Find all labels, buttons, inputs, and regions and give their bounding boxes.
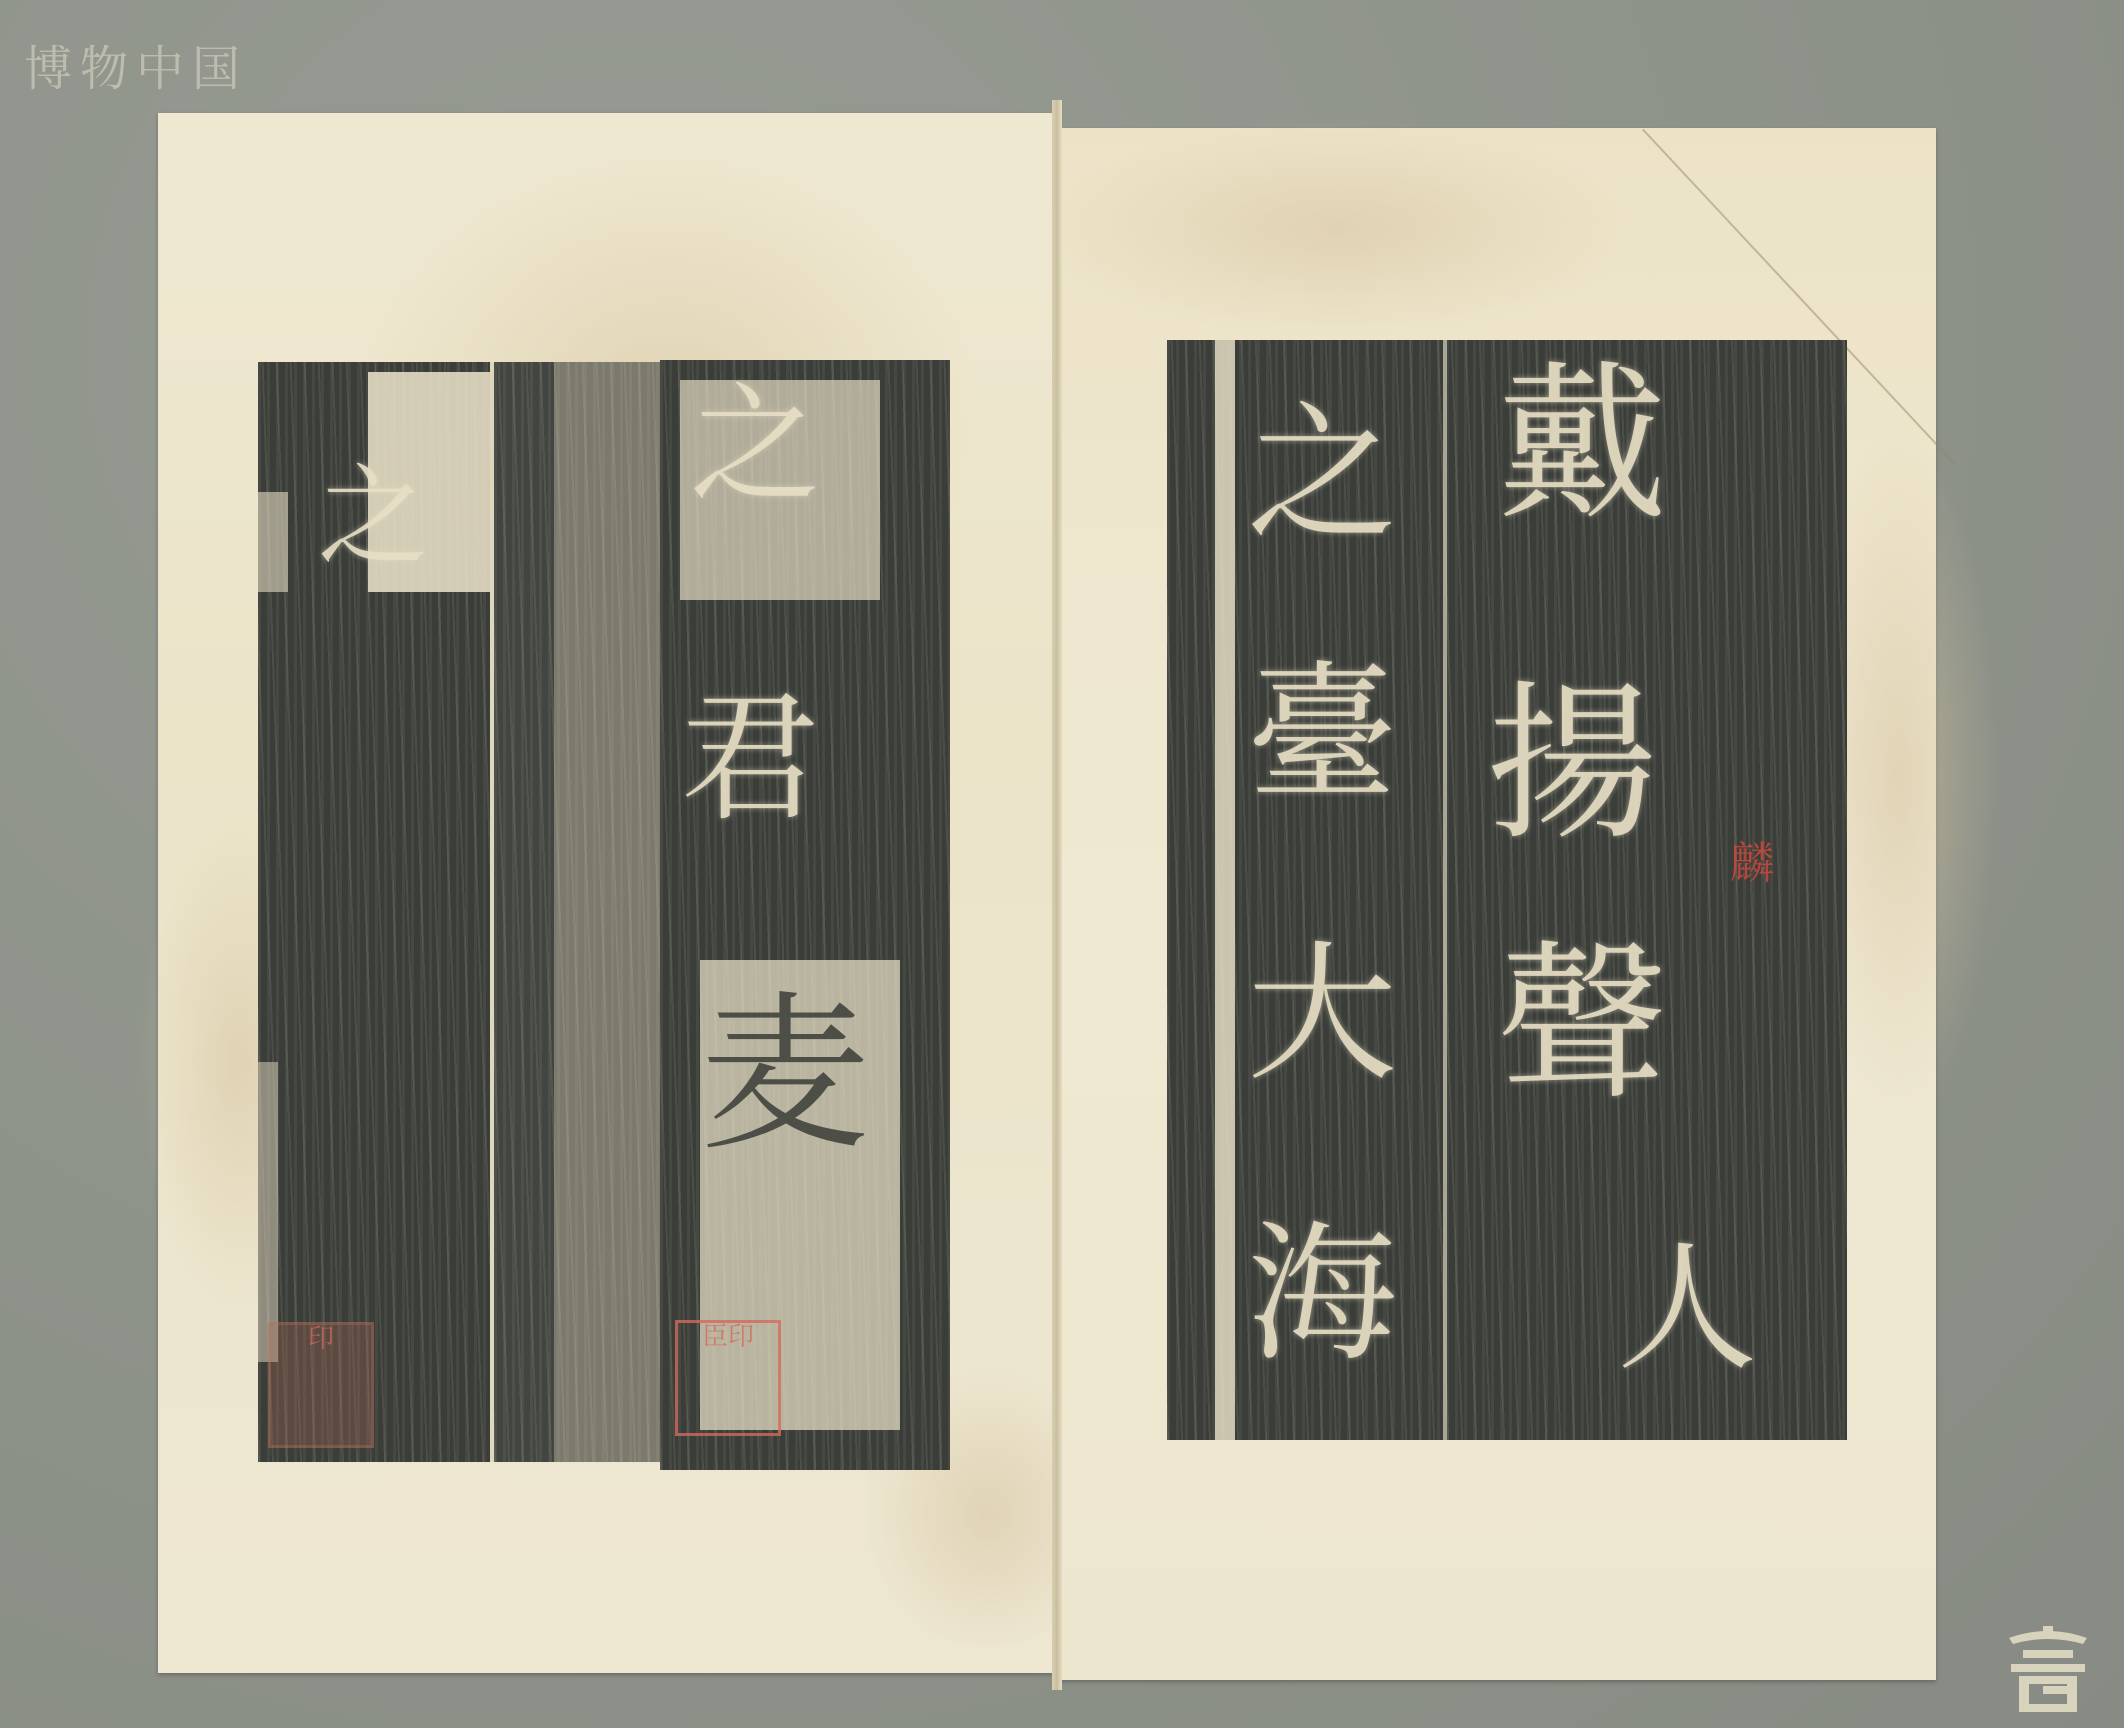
rubbing-character: 之 [318,462,428,572]
rubbing-character: 麦 [700,990,870,1160]
rubbing-divider [1443,340,1447,1440]
rubbing-character: 臺 [1247,660,1397,810]
repair-patch [258,492,288,592]
seal-stamp: 臣印 [675,1320,781,1436]
rubbing-character: 揚 [1487,680,1657,850]
seal-stamp: 印 [268,1322,374,1448]
rubbing-character: 戴 [1497,360,1667,530]
left-rubbing-strip-1: 之 印 [258,362,490,1462]
rubbing-margin-strip [1215,340,1235,1440]
rubbing-character: 海 [1247,1220,1397,1370]
rubbing-character: 聲 [1497,940,1667,1110]
left-rubbing-strip-3: 之 君 麦 臣印 [660,360,950,1470]
rubbing-character: 君 [680,690,820,830]
rubbing-character: 人 [1617,1240,1757,1380]
rubbing-character: 之 [1247,400,1397,550]
right-rubbing: 之 臺 大 海 戴 揚 聲 人 麟 [1167,340,1847,1440]
rubbing-character: 大 [1247,940,1397,1090]
pavilion-logo-icon [2003,1620,2093,1716]
rubbing-character: 之 [690,380,820,510]
album-gutter [1052,100,1062,1690]
water-stain [1038,118,1638,338]
seal-stamp: 麟 [1727,840,1777,896]
repair-patch [258,1062,278,1362]
watermark-text: 博物中国 [24,30,248,99]
